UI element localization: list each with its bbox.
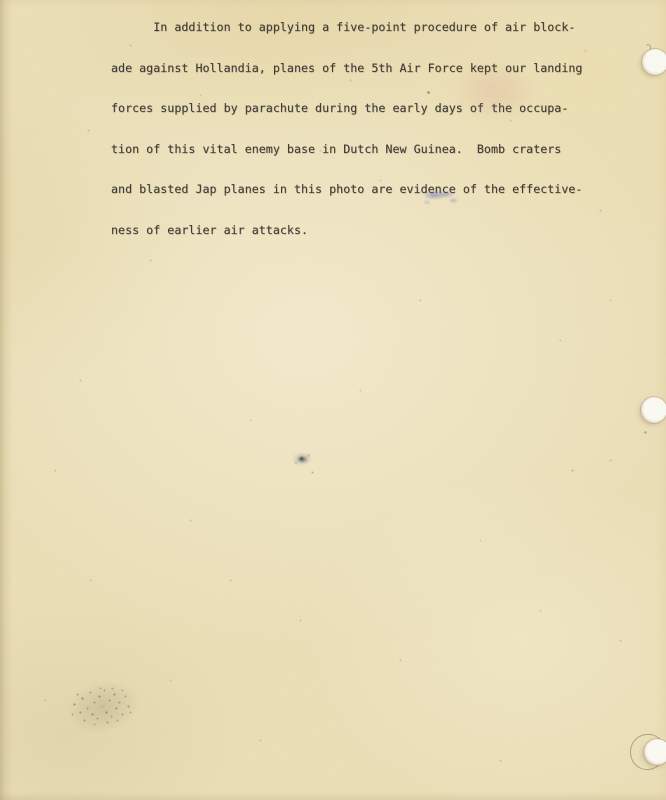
paper-specks: [0, 0, 1, 1]
caption-line: and blasted Jap planes in this photo are…: [111, 183, 582, 197]
caption-line: In addition to applying a five-point pro…: [111, 21, 582, 35]
scanned-document-page: In addition to applying a five-point pro…: [0, 0, 666, 800]
caption-line: tion of this vital enemy base in Dutch N…: [111, 143, 582, 157]
dark-ink-blot: [291, 450, 313, 468]
pink-stain: [452, 62, 536, 120]
brown-smudge-specks: [102, 706, 103, 707]
punch-hole-bottom: [644, 739, 666, 765]
punch-hole-top: [642, 49, 666, 75]
blue-ink-smudge: [422, 187, 464, 205]
punch-hole-middle: [641, 397, 666, 423]
typed-caption: In addition to applying a five-point pro…: [111, 0, 582, 264]
brown-smudge: [61, 673, 145, 741]
caption-line: ness of earlier air attacks.: [111, 224, 582, 238]
